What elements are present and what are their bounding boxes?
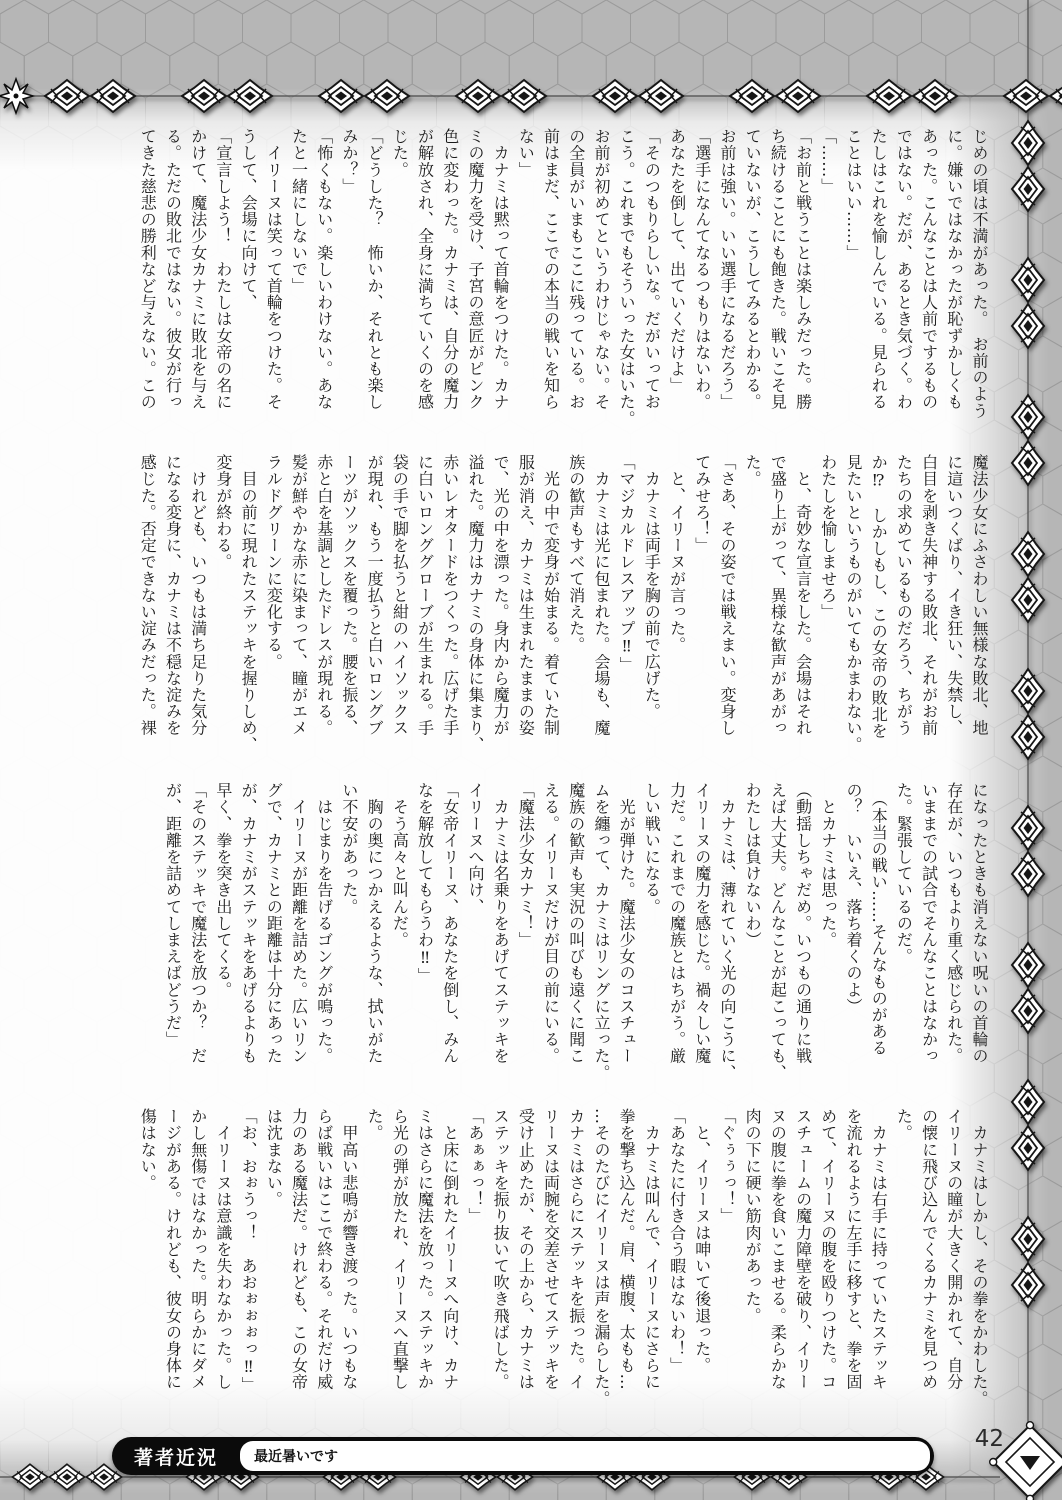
text-column: が、カナミがステッキをあげるよりも bbox=[236, 782, 261, 1102]
text-column: こう。これまでもそういった女はいた。 bbox=[614, 128, 639, 448]
author-status-bar: 著者近況 最近暑いです bbox=[112, 1437, 934, 1475]
text-column: ラルドグリーンに変化する。 bbox=[261, 454, 286, 774]
lozenge-ornament-icon bbox=[502, 80, 546, 112]
lozenge-ornament-icon bbox=[639, 80, 683, 112]
text-column: カナミは右手に持っていたステッキ bbox=[866, 1108, 891, 1428]
text-column: うして、会場に向けて、 bbox=[236, 128, 261, 448]
text-column: る。ただの敗北ではない。彼女が行っ bbox=[160, 128, 185, 448]
text-column: お前は強い。いい選手になるだろう」 bbox=[715, 128, 740, 448]
lozenge-ornament-icon bbox=[1012, 1126, 1044, 1170]
text-column: た。緊張しているのだ。 bbox=[891, 782, 916, 1102]
author-status-text: 最近暑いです bbox=[240, 1441, 930, 1471]
text-column: と、イリーヌが言った。 bbox=[664, 454, 689, 774]
lozenge-ornament-icon bbox=[1012, 441, 1044, 485]
text-column: 光が弾けた。魔法少女のコスチュー bbox=[614, 782, 639, 1102]
text-column: 「ぐぅぅっ！」 bbox=[715, 1108, 740, 1428]
lozenge-ornament-icon bbox=[91, 80, 135, 112]
text-column: 袋の手で脚を払うと紺のハイソックス bbox=[387, 454, 412, 774]
text-column: は沈まない。 bbox=[261, 1108, 286, 1428]
text-column: ことはいい……」 bbox=[841, 128, 866, 448]
text-column: イリーヌへ向け、 bbox=[463, 782, 488, 1102]
text-column: 服が消え、カナミは生まれたままの姿 bbox=[513, 454, 538, 774]
text-column: 前はまだ、ここでの本当の戦いを知ら bbox=[538, 128, 563, 448]
text-column: ージがある。けれども、彼女の身体に bbox=[160, 1108, 185, 1428]
lozenge-ornament-icon bbox=[1012, 989, 1044, 1033]
lozenge-ornament-icon bbox=[1012, 395, 1044, 439]
text-column: える。イリーヌだけが目の前にいる。 bbox=[538, 782, 563, 1102]
page-number: 42 bbox=[975, 1426, 1004, 1452]
lozenge-ornament-icon bbox=[1012, 258, 1044, 302]
text-column: ミの魔力を受け、子宮の意匠がピンク bbox=[463, 128, 488, 448]
text-column: はじまりを告げるゴングが鳴った。 bbox=[312, 782, 337, 1102]
text-column: 変身が終わる。 bbox=[211, 454, 236, 774]
text-column: 肉の下に硬い筋肉があった。 bbox=[740, 1108, 765, 1428]
text-column: 力のある魔法だ。けれども、この女帝 bbox=[286, 1108, 311, 1428]
lozenge-ornament-icon bbox=[1012, 167, 1044, 211]
text-column: に這いつくばり、イき狂い、失禁し、 bbox=[942, 454, 967, 774]
text-column: たと一緒にしないで」 bbox=[286, 128, 311, 448]
text-column: 「女帝イリーヌ、あなたを倒し、みん bbox=[438, 782, 463, 1102]
lozenge-ornament-icon bbox=[1012, 943, 1044, 987]
lozenge-ornament-icon bbox=[49, 1464, 84, 1490]
text-column: カナミは黙って首輪をつけた。カナ bbox=[488, 128, 513, 448]
text-column: カナミはさらにステッキを振った。イ bbox=[564, 1108, 589, 1428]
text-column: ムを纏って、カナミはリングに立った。 bbox=[589, 782, 614, 1102]
lozenge-ornament-icon bbox=[45, 80, 89, 112]
text-column: たしはこれを愉しんでいる。見られる bbox=[866, 128, 891, 448]
text-column: 「お、おぉうっ！ あおぉぉぉっ‼」 bbox=[236, 1108, 261, 1428]
text-column: ら光の弾が放たれ、イリーヌへ直撃し bbox=[387, 1108, 412, 1428]
text-column: で盛り上がって、異様な歓声があがっ bbox=[765, 454, 790, 774]
text-column: イリーヌは笑って首輪をつけた。そ bbox=[261, 128, 286, 448]
text-column: 光の中で変身が始まる。着ていた制 bbox=[538, 454, 563, 774]
text-column: 色に変わった。カナミは、自分の魔力 bbox=[438, 128, 463, 448]
text-column: 早く、拳を突き出してくる。 bbox=[211, 782, 236, 1102]
lozenge-ornament-icon bbox=[593, 80, 637, 112]
text-column: ヌの腹に拳を食いこませる。柔らかな bbox=[765, 1108, 790, 1428]
text-column: 「選手になんてなるつもりはないわ。 bbox=[690, 128, 715, 448]
text-column: グで、カナミとの距離は十分にあった bbox=[261, 782, 286, 1102]
text-column: イリーヌは意識を失わなかった。し bbox=[211, 1108, 236, 1428]
starburst-ornament-icon bbox=[0, 79, 33, 113]
text-column: 目の前に現れたステッキを握りしめ、 bbox=[236, 454, 261, 774]
text-column: 族の歓声もすべて消えた。 bbox=[564, 454, 589, 774]
text-column: い不安があった。 bbox=[337, 782, 362, 1102]
text-column: か⁉ しかしもし、この女帝の敗北を bbox=[866, 454, 891, 774]
novel-page: じめの頃は不満があった。 お前のように。嫌いではなかったが恥ずかしくもあった。こ… bbox=[0, 0, 1062, 1500]
text-column: た。 bbox=[362, 1108, 387, 1428]
text-column: 「あなたに付き合う暇はないわ！」 bbox=[664, 1108, 689, 1428]
text-column: 「怖くもない。楽しいわけない。あな bbox=[312, 128, 337, 448]
text-column: めて、イリーヌの腹を殴りつけた。コ bbox=[816, 1108, 841, 1428]
text-column: と、奇妙な宣言をした。会場はそれ bbox=[790, 454, 815, 774]
text-column: ステッキを振り抜いて吹き飛ばした。 bbox=[488, 1108, 513, 1428]
text-column: 感じた。否定できない淀みだった。裸 bbox=[135, 454, 160, 774]
text-column: と床に倒れたイリーヌへ向け、カナ bbox=[438, 1108, 463, 1428]
text-column: イリーヌが距離を詰めた。広いリン bbox=[286, 782, 311, 1102]
lozenge-ornament-icon bbox=[1012, 715, 1044, 759]
text-column: 甲高い悲鳴が響き渡った。いつもな bbox=[337, 1108, 362, 1428]
text-column: 傷はない。 bbox=[135, 1108, 160, 1428]
text-column: ミはさらに魔法を放った。ステッキか bbox=[412, 1108, 437, 1428]
text-column: で、光の中を漂った。身内から魔力が bbox=[488, 454, 513, 774]
text-column: 「そのステッキで魔法を放つか？ だ bbox=[186, 782, 211, 1102]
text-column: の全員がいまもここに残っている。お bbox=[564, 128, 589, 448]
text-column: た。 bbox=[891, 1108, 916, 1428]
text-column: 「マジカルドレスアップ‼」 bbox=[614, 454, 639, 774]
text-column: になったときも消えない呪いの首輪の bbox=[967, 782, 992, 1102]
text-column: 髪が鮮やかな赤に染まって、瞳がエメ bbox=[286, 454, 311, 774]
text-column: かし無傷ではなかった。明らかにダメ bbox=[186, 1108, 211, 1428]
text-column: 存在が、いつもより重く感じられた。 bbox=[942, 782, 967, 1102]
text-column: 「そのつもりらしいな。だがいってお bbox=[639, 128, 664, 448]
lozenge-ornament-icon bbox=[365, 80, 409, 112]
text-column: ではない。だが、あるとき気づく。わ bbox=[891, 128, 916, 448]
lozenge-ornament-icon bbox=[319, 80, 363, 112]
text-column: 見たいというものがいてもかまわない。 bbox=[841, 454, 866, 774]
text-column: と、イリーヌは呻いて後退った。 bbox=[690, 1108, 715, 1428]
lozenge-ornament-icon bbox=[1012, 1263, 1044, 1307]
text-column: の懐に飛び込んでくるカナミを見つめ bbox=[916, 1108, 941, 1428]
lozenge-ornament-icon bbox=[182, 80, 226, 112]
text-column: いままでの試合でそんなことはなかっ bbox=[916, 782, 941, 1102]
text-column: 赤と白を基調としたドレスが現れる。 bbox=[312, 454, 337, 774]
text-column: わたしを愉しませろ」 bbox=[816, 454, 841, 774]
text-column: わたしは負けないわ） bbox=[740, 782, 765, 1102]
text-column: （本当の戦い……そんなものがある bbox=[866, 782, 891, 1102]
text-column: カナミは両手を胸の前で広げた。 bbox=[639, 454, 664, 774]
lozenge-ornament-icon bbox=[1012, 852, 1044, 896]
text-column: イリーヌの瞳が大きく開かれて、自分 bbox=[942, 1108, 967, 1428]
text-column: 「あぁぁっ！」 bbox=[463, 1108, 488, 1428]
text-column: 溢れた。魔力はカナミの身体に集まり、 bbox=[463, 454, 488, 774]
lozenge-ornament-icon bbox=[1050, 80, 1062, 112]
text-column: てきた慈悲の勝利など与えない。この bbox=[135, 128, 160, 448]
lozenge-ornament-icon bbox=[913, 80, 957, 112]
text-column: とカナミは思った。 bbox=[816, 782, 841, 1102]
text-column: 「お前と戦うことは楽しみだった。勝 bbox=[790, 128, 815, 448]
text-column: に白いロンググローブが生まれる。手 bbox=[412, 454, 437, 774]
text-column: 「さあ、その姿では戦えまい。変身し bbox=[715, 454, 740, 774]
text-column: が解放され、全身に満ちていくのを感 bbox=[412, 128, 437, 448]
author-status-label: 著者近況 bbox=[112, 1443, 240, 1470]
lozenge-ornament-icon bbox=[228, 80, 272, 112]
text-column: てみせろ！」 bbox=[690, 454, 715, 774]
lozenge-ornament-icon bbox=[1004, 80, 1048, 112]
text-column: なを解放してもらうわ‼」 bbox=[412, 782, 437, 1102]
lozenge-ornament-icon bbox=[1012, 121, 1044, 165]
lozenge-ornament-icon bbox=[867, 80, 911, 112]
text-column: 力だ。これまでの魔族とはちがう。厳 bbox=[664, 782, 689, 1102]
text-column: たちの求めているものだろう、ちがう bbox=[891, 454, 916, 774]
lozenge-ornament-icon bbox=[1012, 304, 1044, 348]
text-column: が、距離を詰めてしまえばどうだ」 bbox=[160, 782, 185, 1102]
text-column: カナミはしかし、その拳をかわした。 bbox=[967, 1108, 992, 1428]
text-column: カナミは名乗りをあげてステッキを bbox=[488, 782, 513, 1102]
text-column: になる変身に、カナミは不穏な淀みを bbox=[160, 454, 185, 774]
text-column: カナミは光に包まれた。会場も、魔 bbox=[589, 454, 614, 774]
lozenge-ornament-icon bbox=[1012, 578, 1044, 622]
text-column: あった。こんなことは人前でするもの bbox=[916, 128, 941, 448]
lozenge-ornament-icon bbox=[1012, 669, 1044, 713]
lozenge-ornament-icon bbox=[1012, 532, 1044, 576]
text-column: カナミは叫んで、イリーヌにさらに bbox=[639, 1108, 664, 1428]
text-column: 拳を撃ち込んだ。肩、横腹、太もも… bbox=[614, 1108, 639, 1428]
text-band-4: カナミはしかし、その拳をかわした。イリーヌの瞳が大きく開かれて、自分の懐に飛び込… bbox=[130, 1108, 992, 1428]
text-column: た。 bbox=[740, 454, 765, 774]
text-column: イリーヌの魔力を感じた。禍々しい魔 bbox=[690, 782, 715, 1102]
text-column: ち続けることにも飽きた。戦いこそ見 bbox=[765, 128, 790, 448]
text-column: 胸の奥につかえるような、拭いがた bbox=[362, 782, 387, 1102]
text-column: を流れるように左手に移すと、拳を固 bbox=[841, 1108, 866, 1428]
text-column: じた。 bbox=[387, 128, 412, 448]
text-band-2: 魔法少女にふさわしい無様な敗北、地に這いつくばり、イき狂い、失禁し、白目を剥き失… bbox=[130, 454, 992, 774]
text-column: カナミは、薄れていく光の向こうに、 bbox=[715, 782, 740, 1102]
text-column: みか？」 bbox=[337, 128, 362, 448]
text-column: じめの頃は不満があった。 お前のよう bbox=[967, 128, 992, 448]
lozenge-ornament-icon bbox=[730, 80, 774, 112]
lozenge-ornament-icon bbox=[1012, 1217, 1044, 1261]
text-column: ーツがソックスを覆った。腰を振る、 bbox=[337, 454, 362, 774]
text-column: に。嫌いではなかったが恥ずかしくも bbox=[942, 128, 967, 448]
text-column: えば大丈夫。どんなことが起こっても、 bbox=[765, 782, 790, 1102]
text-band-1: じめの頃は不満があった。 お前のように。嫌いではなかったが恥ずかしくもあった。こ… bbox=[130, 128, 992, 448]
lozenge-ornament-icon bbox=[12, 1464, 47, 1490]
text-column: …そのたびにイリーヌは声を漏らした。 bbox=[589, 1108, 614, 1428]
lozenge-ornament-icon bbox=[1012, 1080, 1044, 1124]
text-column: 「宣言しよう！ わたしは女帝の名に bbox=[211, 128, 236, 448]
text-column: 魔族の歓声も実況の叫びも遠くに聞こ bbox=[564, 782, 589, 1102]
text-column: お前が初めてというわけじゃない。そ bbox=[589, 128, 614, 448]
text-column: あなたを倒して、出ていくだけよ」 bbox=[664, 128, 689, 448]
text-column: の？ いいえ、落ち着くのよ） bbox=[841, 782, 866, 1102]
text-column: 赤いレオタードをつくった。広げた手 bbox=[438, 454, 463, 774]
text-column: ない」 bbox=[513, 128, 538, 448]
text-column: けれども、いつもは満ち足りた気分 bbox=[186, 454, 211, 774]
text-column: 「魔法少女カナミ！」 bbox=[513, 782, 538, 1102]
text-column: かけて、魔法少女カナミに敗北を与え bbox=[186, 128, 211, 448]
lozenge-ornament-icon bbox=[1012, 806, 1044, 850]
text-band-3: になったときも消えない呪いの首輪の存在が、いつもより重く感じられた。いままでの試… bbox=[130, 782, 992, 1102]
text-column: しい戦いになる。 bbox=[639, 782, 664, 1102]
lozenge-ornament-icon bbox=[776, 80, 820, 112]
text-column: そう高々と叫んだ。 bbox=[387, 782, 412, 1102]
text-column: 「……」 bbox=[816, 128, 841, 448]
text-column: （動揺しちゃだめ。いつもの通りに戦 bbox=[790, 782, 815, 1102]
text-column: 白目を剥き失神する敗北、それがお前 bbox=[916, 454, 941, 774]
text-column: 受け止めたが、その上から、カナミは bbox=[513, 1108, 538, 1428]
text-column: が現れ、もう一度払うと白いロングブ bbox=[362, 454, 387, 774]
text-column: ていないが、こうしてみるとわかる。 bbox=[740, 128, 765, 448]
text-column: 魔法少女にふさわしい無様な敗北、地 bbox=[967, 454, 992, 774]
text-column: らば戦いはここで終わる。それだけ威 bbox=[312, 1108, 337, 1428]
text-column: スチュームの魔力障壁を破り、イリー bbox=[790, 1108, 815, 1428]
text-column: 「どうした？ 怖いか、それとも楽し bbox=[362, 128, 387, 448]
lozenge-ornament-icon bbox=[456, 80, 500, 112]
text-column: リーヌは両腕を交差させてステッキを bbox=[538, 1108, 563, 1428]
